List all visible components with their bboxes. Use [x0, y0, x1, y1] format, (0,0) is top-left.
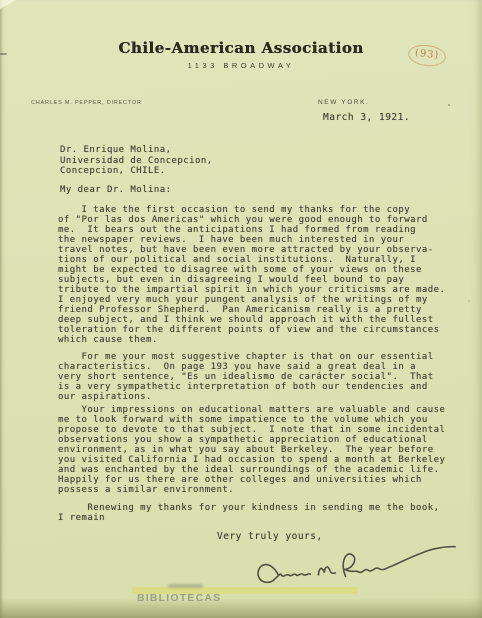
scan-left-edge-shading [0, 0, 3, 618]
scan-corner-crease [0, 0, 16, 9]
body-paragraph-4: Renewing my thanks for your kindness in … [58, 503, 458, 523]
signature-ink-strokes [247, 539, 461, 592]
letter-page: Chile-American Association 1133 BROADWAY… [0, 0, 482, 618]
letterhead-officer-line: CHARLES M. PEPPER, DIRECTOR [31, 100, 142, 106]
signature-handwriting [247, 539, 461, 592]
scan-speck [448, 104, 450, 106]
recipient-city-country: Concepcion, CHILE. [60, 166, 166, 176]
scan-bottom-shading [0, 598, 482, 618]
watermark-smudge [168, 584, 203, 588]
salutation: My dear Dr. Molina: [60, 185, 172, 195]
body-paragraph-1: I take the first occasion to send my tha… [58, 205, 458, 345]
body-paragraph-3: Your impressions on educational matters … [58, 405, 458, 495]
recipient-institution: Universidad de Concepcion, [60, 156, 213, 166]
valediction: Very truly yours, [217, 531, 323, 542]
scan-speck [468, 300, 470, 302]
body-paragraph-2: For me your most suggestive chapter is t… [58, 352, 458, 402]
recipient-name: Dr. Enrique Molina, [60, 145, 172, 155]
letterhead-city: NEW YORK. [318, 99, 369, 106]
stamp-ring [407, 43, 447, 68]
date-line: March 3, 1921. [323, 112, 410, 123]
